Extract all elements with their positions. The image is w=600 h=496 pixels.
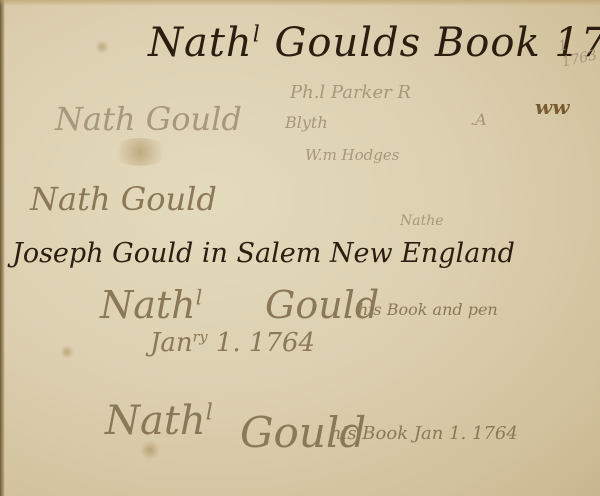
faint-mark: .A <box>470 110 487 129</box>
faint-name-overlap: Nathe <box>400 213 444 229</box>
manuscript-page: Nathl Goulds Book 1763 1 1763 Nath Gould… <box>0 0 600 496</box>
name-parker: Ph.l Parker R <box>290 82 411 103</box>
page-edge-top <box>0 0 600 6</box>
name-blyth: Blyth <box>285 113 328 132</box>
margin-scribble: ww <box>535 95 569 119</box>
joseph-gould-inscription: Joseph Gould in Salem New England <box>12 238 515 269</box>
page-edge-left <box>0 0 5 496</box>
signature-nath-3: Nathl <box>100 283 202 327</box>
book-and-pen-note: his Book and pen <box>358 300 498 319</box>
signature-faint-2: Nath Gould <box>30 180 217 218</box>
name-hodges: W.m Hodges <box>305 146 399 164</box>
ink-stain <box>95 40 109 54</box>
smudge-stain <box>110 138 170 166</box>
title-inscription: Nathl Goulds Book 1763 <box>148 20 600 66</box>
his-book-date-note: his Book Jan 1. 1764 <box>330 423 518 444</box>
date-jan-1764: Janry 1. 1764 <box>150 328 315 358</box>
ink-stain <box>60 345 74 359</box>
signature-faint-1: Nath Gould <box>55 100 242 138</box>
signature-nath-4: Nathl <box>105 398 213 444</box>
